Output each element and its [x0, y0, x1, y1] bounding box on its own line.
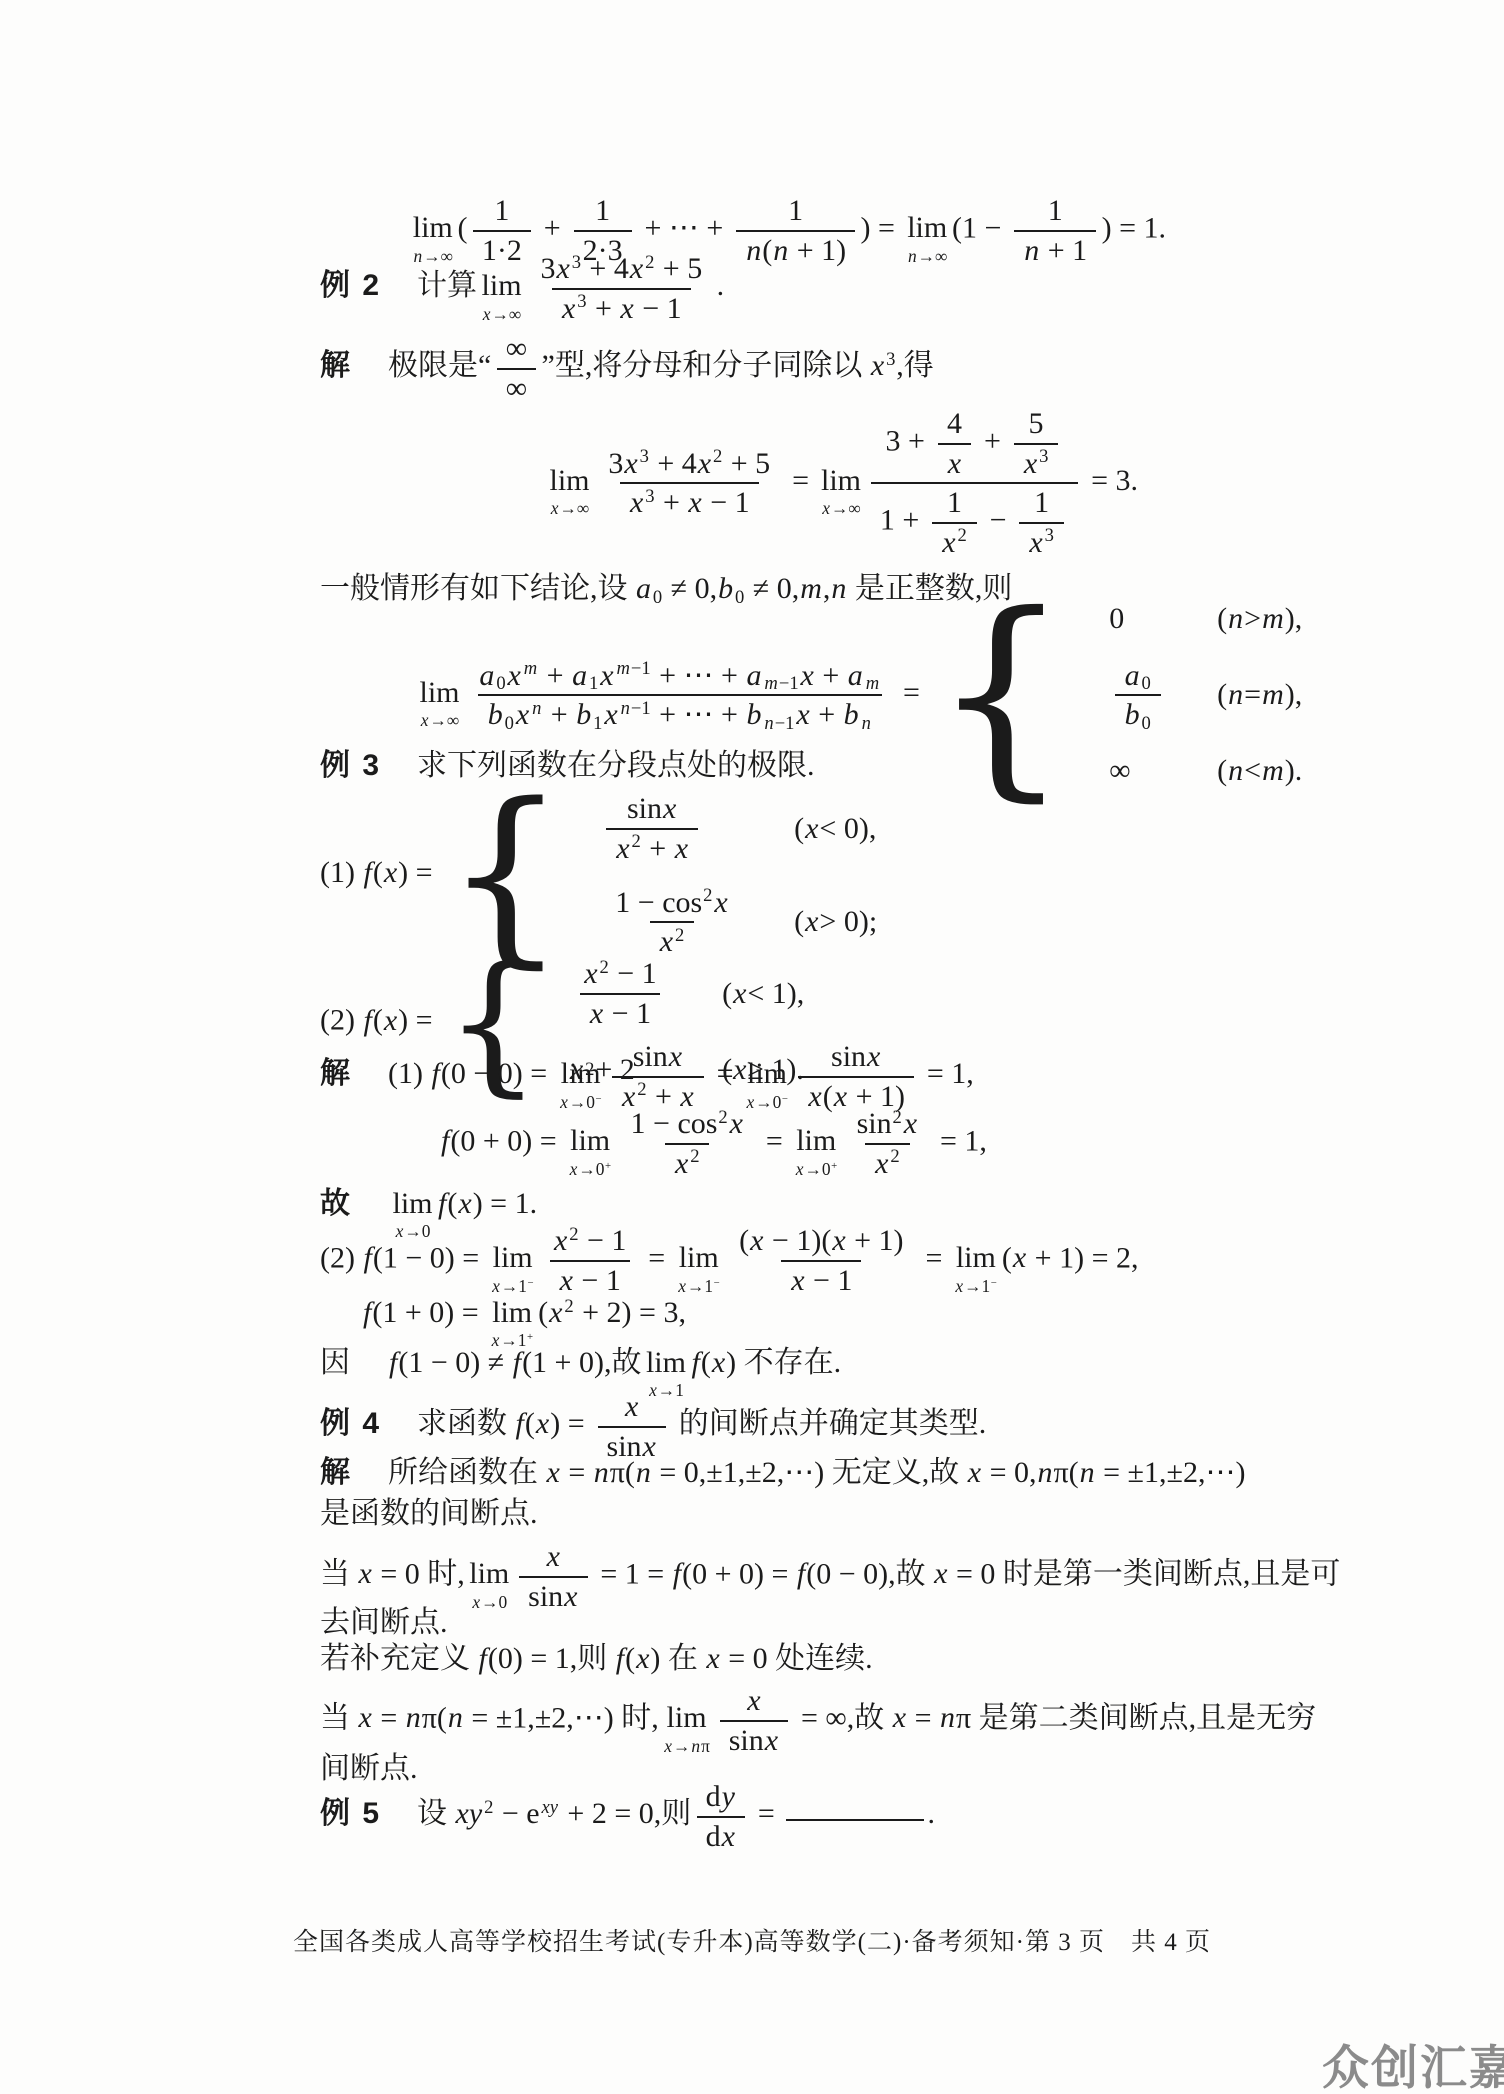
math-italic: xy — [540, 1797, 559, 1818]
page-footer: 全国各类成人高等学校招生考试(专升本)高等数学(二)·备考须知·第 3 页 共 … — [0, 1922, 1504, 1958]
math-italic: x — [515, 698, 530, 731]
numerator: 1 − cos2x — [622, 1105, 753, 1143]
lim-word: lim — [493, 1241, 533, 1274]
fraction: 3x3 + 4x2 + 5x3 + x − 1 — [599, 445, 779, 522]
math-italic: x — [697, 447, 712, 480]
numerator: a0xm + a1xm−1 + ⋯ + am−1x + am — [469, 657, 890, 695]
math-italic: f — [690, 1346, 700, 1379]
fraction: (x − 1)(x + 1)x − 1 — [730, 1222, 912, 1299]
numerator: x2 − 1 — [574, 955, 665, 993]
lim-subscript: x→0+ — [795, 1161, 838, 1178]
math-italic: n — [907, 246, 918, 266]
math-italic: x — [804, 901, 819, 943]
math-italic: b — [1124, 698, 1141, 731]
fraction: xsinx — [720, 1682, 788, 1759]
math-italic: x — [471, 1592, 481, 1612]
denominator: sinx — [720, 1720, 788, 1760]
math-italic: x — [674, 1147, 689, 1180]
limit-operator: limx→∞ — [482, 269, 522, 323]
limit-operator: limx→∞ — [550, 464, 590, 518]
denominator: x − 1 — [580, 993, 660, 1033]
example-4-formula: 求函数 f(x) = xsinx 的间断点并确定其类型. — [417, 1407, 986, 1440]
numerator: 1 — [586, 192, 619, 230]
limit-operator: limx→0− — [746, 1057, 789, 1111]
fraction: 5x3 — [1014, 405, 1058, 482]
math-italic: x — [831, 1224, 846, 1257]
math-italic: n — [593, 1456, 610, 1489]
math-italic: x — [1023, 447, 1038, 480]
math-italic: a — [571, 659, 588, 692]
math-italic: x — [507, 659, 522, 692]
example-2-formula: 计算limx→∞3x3 + 4x2 + 5x3 + x − 1. — [417, 269, 724, 302]
paragraph-redefine-f0: 若补充定义 f(0) = 1,则 f(x) 在 x = 0 处连续. — [320, 1638, 873, 1680]
math-italic: xy — [455, 1797, 484, 1830]
math-italic: x — [383, 1004, 398, 1037]
math-italic: x — [663, 1736, 673, 1756]
lim-subscript: x→∞ — [550, 500, 590, 517]
math-italic: x — [583, 957, 598, 990]
math-italic: x — [589, 997, 604, 1030]
limit-operator: limx→0+ — [569, 1124, 612, 1178]
math-italic: n — [620, 698, 631, 719]
fraction: dydx — [697, 1778, 745, 1855]
formula-f1minus: (2) f(1 − 0) = limx→1−x2 − 1x − 1 = limx… — [320, 1222, 1139, 1299]
lim-word: lim — [667, 1701, 707, 1734]
gu-formula: limx→0f(x) = 1. — [388, 1187, 537, 1220]
lim-word: lim — [482, 269, 522, 302]
math-italic: a — [1124, 659, 1141, 692]
numerator: 3x3 + 4x2 + 5 — [599, 445, 779, 483]
denominator: ∞ — [497, 368, 536, 408]
solution-3-label: 解 — [320, 1057, 352, 1090]
denominator: x2 + x — [606, 828, 698, 868]
math-italic: x — [749, 1224, 764, 1257]
math-italic: x — [790, 1264, 805, 1297]
math-italic: x — [729, 1107, 744, 1140]
math-italic: x — [732, 973, 747, 1015]
math-italic: x — [635, 1642, 650, 1675]
math-italic: b — [745, 698, 762, 731]
fraction: sinxx2 + x — [606, 790, 698, 867]
lim-word: lim — [561, 1057, 601, 1090]
fraction: 4x — [938, 405, 971, 482]
numerator: 1 — [1025, 484, 1058, 522]
denominator: sinx — [519, 1576, 587, 1616]
limit-operator: limx→∞ — [821, 464, 861, 518]
math-italic: f — [362, 856, 372, 889]
formula-f1plus: f(1 + 0) = limx→1+(x2 + 2) = 3, — [362, 1292, 686, 1350]
example-5-formula: 设 xy2 − exy + 2 = 0,则dydx = . — [417, 1797, 935, 1830]
math-italic: x — [892, 1701, 907, 1734]
piecewise-cases: {0(n > m),a0b0(n = m),∞(n < m). — [932, 598, 1302, 792]
denominator: x3 — [1014, 443, 1058, 483]
fraction: 3 + 4x + 5x31 + 1x2 − 1x3 — [871, 405, 1078, 561]
fraction: x2 − 1x − 1 — [574, 955, 665, 1032]
math-italic: x — [795, 698, 810, 731]
math-italic: x — [954, 1276, 964, 1296]
case-value: a0b0 — [1109, 657, 1166, 734]
math-italic: x — [1012, 1241, 1027, 1274]
fraction: 1 − cos2xx2 — [606, 884, 737, 961]
math-italic: m — [615, 658, 630, 679]
math-italic: x — [821, 498, 831, 518]
math-italic: x — [457, 1187, 472, 1220]
math-italic: x — [629, 252, 644, 285]
lim-subscript: n→∞ — [907, 248, 948, 265]
math-italic: a — [478, 659, 495, 692]
math-italic: f — [362, 1296, 372, 1329]
numerator: sin2x — [848, 1105, 927, 1143]
denominator: x2 — [665, 1143, 709, 1183]
lim-word: lim — [821, 464, 861, 497]
denominator: x2 — [865, 1143, 909, 1183]
case-value: x2 − 1x − 1 — [569, 955, 671, 1032]
numerator: x — [737, 1682, 770, 1720]
numerator: 5 — [1020, 405, 1053, 443]
math-italic: x — [358, 1557, 373, 1590]
math-italic: f — [388, 1346, 398, 1379]
limit-operator: limx→0− — [559, 1057, 602, 1111]
case-condition: (n > m), — [1217, 598, 1302, 640]
math-italic: f — [362, 1241, 372, 1274]
math-italic: n — [447, 1701, 464, 1734]
case-condition: (x > 0); — [794, 901, 877, 943]
numerator: sinx — [822, 1038, 890, 1076]
math-italic: x — [795, 1159, 805, 1179]
math-italic: x — [711, 1346, 726, 1379]
numerator: 1 − cos2x — [606, 884, 737, 922]
math-italic: x — [659, 925, 674, 958]
math-italic: n — [1227, 598, 1244, 640]
math-italic: n — [690, 1736, 701, 1756]
numerator: x — [615, 1388, 648, 1426]
limit-operator: limx→1− — [491, 1241, 534, 1295]
denominator: b0 — [1115, 694, 1161, 734]
formula-f0plus: f(0 + 0) = limx→0+1 − cos2xx2 = limx→0+s… — [440, 1105, 987, 1182]
math-italic: x — [619, 292, 634, 325]
math-italic: n — [861, 713, 872, 734]
denominator: x — [938, 443, 971, 483]
case-condition: (x < 1), — [722, 973, 804, 1015]
math-italic: n — [1227, 674, 1244, 716]
solution-4-label: 解 — [320, 1456, 352, 1489]
math-italic: n — [745, 234, 762, 267]
lim-word: lim — [679, 1241, 719, 1274]
math-italic: x — [546, 1540, 561, 1573]
math-italic: x — [482, 304, 492, 324]
lim-subscript: x→nπ — [663, 1738, 710, 1755]
fraction: ∞∞ — [497, 330, 536, 407]
numerator: 1 — [938, 484, 971, 522]
denominator: n(n + 1) — [736, 230, 855, 270]
fraction: sinxx(x + 1) — [798, 1038, 914, 1115]
math-italic: x — [624, 1390, 639, 1423]
math-italic: x — [947, 447, 962, 480]
numerator: 1 — [779, 192, 812, 230]
math-italic: n — [531, 698, 542, 719]
numerator: 4 — [938, 405, 971, 443]
lim-word: lim — [956, 1241, 996, 1274]
numerator: (x − 1)(x + 1) — [730, 1222, 912, 1260]
math-italic: f — [430, 1057, 440, 1090]
lim-subscript: x→∞ — [482, 306, 522, 323]
math-italic: x — [933, 1557, 948, 1590]
numerator: dy — [697, 1778, 745, 1816]
example-2-line: 例 2计算limx→∞3x3 + 4x2 + 5x3 + x − 1. — [320, 250, 724, 327]
math-italic: m — [523, 658, 538, 679]
math-italic: x — [1028, 526, 1043, 559]
yin-formula: f(1 − 0) ≠ f(1 + 0),故limx→1f(x) 不存在. — [388, 1346, 841, 1379]
math-italic: x — [668, 1040, 683, 1073]
lim-word: lim — [907, 211, 947, 244]
math-italic: n — [763, 713, 774, 734]
fraction: 1n(n + 1) — [736, 192, 855, 269]
limit-operator: limx→∞ — [420, 676, 460, 730]
lim-word: lim — [570, 1124, 610, 1157]
denominator: x − 1 — [781, 1260, 861, 1300]
limit-operator: limx→1− — [954, 1241, 997, 1295]
example-4-label: 例 4 — [320, 1407, 381, 1440]
math-italic: x — [569, 1159, 579, 1179]
limit-operator: limx→1− — [677, 1241, 720, 1295]
math-italic: x — [603, 698, 618, 731]
math-italic: m — [865, 673, 880, 694]
fraction: sinxx2 + x — [612, 1038, 704, 1115]
math-italic: x — [662, 792, 677, 825]
paragraph-discontinuity-points: 是函数的间断点. — [320, 1493, 538, 1535]
case-condition: (x < 0), — [794, 808, 877, 850]
math-italic: x — [721, 1820, 736, 1853]
math-italic: x — [623, 447, 638, 480]
math-italic: x — [535, 1407, 550, 1440]
example-3-line: 例 3求下列函数在分段点处的极限. — [320, 745, 815, 787]
lim-word: lim — [646, 1346, 686, 1379]
lim-subscript: x→∞ — [821, 500, 861, 517]
formula-example2-evaluation: limx→∞3x3 + 4x2 + 5x3 + x − 1 = limx→∞3 … — [545, 405, 1138, 561]
math-italic: b — [575, 698, 592, 731]
solution-2-line: 解极限是“∞∞”型,将分母和分子同除以 x3,得 — [320, 330, 934, 407]
denominator: x2 — [932, 522, 976, 562]
fraction: a0b0 — [1115, 657, 1161, 734]
yin-label: 因 — [320, 1346, 352, 1379]
math-italic: x — [713, 886, 728, 919]
denominator: n + 1 — [1014, 230, 1096, 270]
math-italic: x — [800, 659, 815, 692]
math-italic: n — [772, 234, 789, 267]
lim-subscript: x→∞ — [420, 712, 460, 729]
limit-operator: limn→∞ — [907, 211, 948, 265]
numerator: x2 − 1 — [544, 1222, 635, 1260]
example-5-line: 例 5设 xy2 − exy + 2 = 0,则dydx = . — [320, 1778, 935, 1855]
numerator: 3 + 4x + 5x3 — [876, 405, 1072, 482]
math-italic: x — [629, 486, 644, 519]
math-italic: f — [672, 1557, 682, 1590]
fraction: xsinx — [519, 1538, 587, 1615]
math-italic: x — [903, 1107, 918, 1140]
math-italic: x — [599, 659, 614, 692]
solution-2-text: 极限是“∞∞”型,将分母和分子同除以 x3,得 — [388, 349, 934, 382]
case-value: sinxx2 + x — [601, 790, 743, 867]
lim-word: lim — [747, 1057, 787, 1090]
numerator: a0 — [1115, 657, 1161, 695]
math-italic: x — [358, 1701, 373, 1734]
denominator: x3 + x − 1 — [620, 482, 759, 522]
math-italic: f — [515, 1407, 525, 1440]
fraction: a0xm + a1xm−1 + ⋯ + am−1x + amb0xn + b1x… — [469, 657, 890, 734]
math-italic: y — [721, 1780, 736, 1813]
denominator: dx — [697, 1816, 745, 1856]
solution-2-label: 解 — [320, 349, 352, 382]
example-3-label: 例 3 — [320, 749, 381, 782]
numerator: sinx — [618, 790, 686, 828]
lim-word: lim — [469, 1557, 509, 1590]
solution-4-line: 解所给函数在 x = nπ(n = 0,±1,±2,⋯) 无定义,故 x = 0… — [320, 1452, 1245, 1494]
math-italic: b — [487, 698, 504, 731]
denominator: x3 — [1019, 522, 1063, 562]
fraction: x2 − 1x − 1 — [544, 1222, 635, 1299]
limit-operator: limx→0 — [469, 1557, 509, 1611]
math-italic: x — [941, 526, 956, 559]
fraction: 1x3 — [1019, 484, 1063, 561]
math-italic: x — [874, 1147, 889, 1180]
math-italic: f — [440, 1124, 450, 1157]
math-italic: x — [870, 349, 885, 382]
math-italic: x — [563, 1580, 578, 1613]
example-5-label: 例 5 — [320, 1797, 381, 1830]
math-italic: f — [615, 1642, 625, 1675]
math-italic: m — [763, 673, 778, 694]
math-italic: a — [745, 659, 762, 692]
math-italic: n — [635, 1456, 652, 1489]
limit-operator: limx→0+ — [795, 1124, 838, 1178]
limit-operator: limx→nπ — [663, 1701, 710, 1755]
math-italic: x — [804, 808, 819, 850]
math-italic: x — [687, 486, 702, 519]
lim-word: lim — [550, 464, 590, 497]
solution-4-text: 所给函数在 x = nπ(n = 0,±1,±2,⋯) 无定义,故 x = 0,… — [388, 1456, 1245, 1489]
paragraph-case-npi: 当 x = nπ(n = ±1,±2,⋯) 时,limx→nπxsinx = ∞… — [320, 1682, 1316, 1759]
math-italic: n — [1023, 234, 1040, 267]
math-italic: n — [939, 1701, 956, 1734]
denominator: 1 + 1x2 − 1x3 — [871, 482, 1078, 561]
math-italic: m — [1261, 674, 1285, 716]
lim-word: lim — [796, 1124, 836, 1157]
math-italic: n — [405, 1701, 422, 1734]
numerator: 1 — [485, 192, 518, 230]
math-italic: x — [548, 1296, 563, 1329]
math-italic: x — [561, 292, 576, 325]
watermark-logo: 众创汇嘉 — [1322, 2031, 1504, 2094]
paragraph-case-x0: 当 x = 0 时,limx→0xsinx = 1 = f(0 + 0) = f… — [320, 1538, 1340, 1615]
lim-word: lim — [420, 676, 460, 709]
math-italic: x — [555, 252, 570, 285]
math-italic: b — [843, 698, 860, 731]
math-italic: x — [866, 1040, 881, 1073]
math-italic: x — [546, 1456, 561, 1489]
solution-3-formula: (1) f(0 − 0) = limx→0−sinxx2 + x = limx→… — [388, 1057, 974, 1090]
fraction: 3x3 + 4x2 + 5x3 + x − 1 — [531, 250, 711, 327]
math-italic: x — [764, 1724, 779, 1757]
cases-rows: 0(n > m),a0b0(n = m),∞(n < m). — [1109, 598, 1302, 792]
math-italic: n — [1227, 750, 1244, 792]
math-italic: m — [1261, 598, 1285, 640]
fraction: 1x2 — [932, 484, 976, 561]
numerator: 3x3 + 4x2 + 5 — [531, 250, 711, 288]
math-italic: f — [796, 1557, 806, 1590]
denominator: x3 + x − 1 — [552, 288, 691, 328]
solution-3-line: 解(1) f(0 − 0) = limx→0−sinxx2 + x = limx… — [320, 1038, 974, 1115]
math-italic: m — [1261, 750, 1285, 792]
case-value: 0 — [1109, 598, 1166, 640]
scanned-textbook-page: limn→∞(11·2 + 12·3 + ⋯ + 1n(n + 1)) = li… — [0, 0, 1504, 2094]
lim-subscript: x→0 — [471, 1594, 507, 1611]
case-condition: (n = m), — [1217, 674, 1302, 716]
math-italic: f — [478, 1642, 488, 1675]
fraction: 1n + 1 — [1014, 192, 1096, 269]
math-italic: x — [420, 710, 430, 730]
math-italic: x — [705, 1642, 720, 1675]
case-value: 1 − cos2xx2 — [601, 884, 743, 961]
gu-label: 故 — [320, 1187, 352, 1220]
lim-word: lim — [413, 211, 453, 244]
numerator: x — [537, 1538, 570, 1576]
lim-word: lim — [492, 1296, 532, 1329]
math-italic: a — [847, 659, 864, 692]
math-italic: n — [1079, 1456, 1096, 1489]
answer-blank — [786, 1819, 924, 1821]
denominator: b0xn + b1xn−1 + ⋯ + bn−1x + bn — [478, 694, 882, 734]
case-value: ∞ — [1109, 750, 1166, 792]
math-italic: n — [1036, 1456, 1053, 1489]
math-italic: x — [615, 832, 630, 865]
math-italic: f — [437, 1187, 447, 1220]
fraction: 1 − cos2xx2 — [622, 1105, 753, 1182]
math-italic: x — [967, 1456, 982, 1489]
numerator: 1 — [1039, 192, 1072, 230]
math-italic: f — [512, 1346, 522, 1379]
example-2-label: 例 2 — [320, 269, 381, 302]
math-italic: x — [383, 856, 398, 889]
numerator: sinx — [624, 1038, 692, 1076]
lim-word: lim — [393, 1187, 433, 1220]
math-italic: x — [674, 832, 689, 865]
formula-piecewise-1: (1) f(x) = {sinxx2 + x(x < 0),1 − cos2xx… — [320, 790, 877, 961]
math-italic: f — [362, 1004, 372, 1037]
case-condition: (n < m). — [1217, 750, 1302, 792]
cases-rows: sinxx2 + x(x < 0),1 − cos2xx2(x > 0); — [601, 790, 877, 961]
numerator: ∞ — [497, 330, 536, 368]
fraction: sin2xx2 — [848, 1105, 927, 1182]
lim-subscript: x→0+ — [569, 1161, 612, 1178]
lim-subscript: x→1− — [954, 1278, 997, 1295]
math-italic: x — [550, 498, 560, 518]
math-italic: x — [553, 1224, 568, 1257]
math-italic: x — [746, 1684, 761, 1717]
